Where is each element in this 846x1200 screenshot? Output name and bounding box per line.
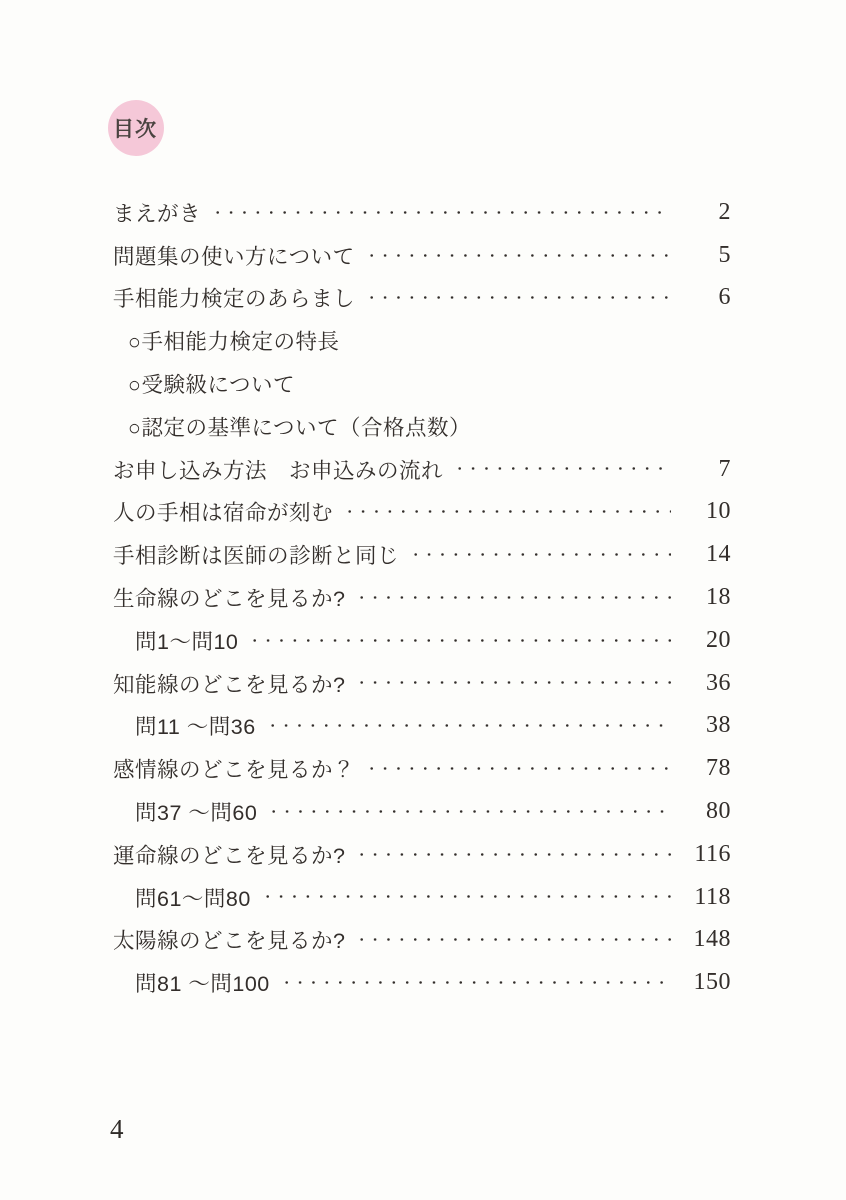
dot-leader (355, 919, 671, 962)
toc-entry-page-number: 7 (681, 456, 731, 483)
toc-entry-label: 太陽線のどこを見るか? (113, 924, 345, 955)
toc-entry-label: 手相能力検定のあらまし (113, 282, 355, 313)
toc-entry-page-number: 116 (681, 841, 731, 868)
toc-entry: 知能線のどこを見るか? 36 (113, 662, 731, 705)
toc-entry-label: 問61〜問80 (135, 882, 251, 913)
dot-leader (280, 961, 671, 1004)
toc-entry: お申し込み方法 お申込みの流れ 7 (113, 448, 731, 491)
toc-entry-page-number: 20 (681, 627, 731, 654)
toc-entry-page-number: 80 (681, 798, 731, 825)
dot-leader (248, 619, 671, 662)
toc-entry: まえがき 2 (113, 191, 731, 234)
dot-leader (355, 662, 671, 705)
toc-entry-label: 問11 〜問36 (135, 710, 256, 741)
toc-entry: 手相能力検定のあらまし 6 (113, 277, 731, 320)
dot-leader (343, 491, 671, 534)
toc-entry-label: 生命線のどこを見るか? (113, 582, 345, 613)
toc-entry-label: 問37 〜問60 (135, 796, 257, 827)
book-page: 目次 まえがき 2 問題集の使い方について 5 手相能力検定のあらまし 6 ○手… (0, 0, 846, 1200)
toc-entry: 手相診断は医師の診断と同じ 14 (113, 533, 731, 576)
dot-leader (211, 191, 671, 234)
toc-entry-page-number: 36 (681, 670, 731, 697)
dot-leader (266, 705, 671, 748)
toc-entry-page-number: 14 (681, 541, 731, 568)
toc-entry-page-number: 118 (681, 884, 731, 911)
dot-leader (365, 747, 671, 790)
dot-leader (355, 833, 671, 876)
toc-entry-label: 人の手相は宿命が刻む (113, 496, 333, 527)
toc-entry-page-number: 5 (681, 242, 731, 269)
toc-entry: 問37 〜問60 80 (113, 790, 731, 833)
toc-entry-label: ○認定の基準について（合格点数） (128, 411, 471, 442)
toc-entry-page-number: 10 (681, 498, 731, 525)
dot-leader (355, 576, 671, 619)
dot-leader (453, 448, 671, 491)
toc-entry-page-number: 6 (681, 284, 731, 311)
toc-entry: 問61〜問80 118 (113, 876, 731, 919)
toc-entry-label: 問題集の使い方について (113, 240, 355, 271)
dot-leader (261, 876, 671, 919)
dot-leader (365, 277, 671, 320)
toc-entry: 感情線のどこを見るか？ 78 (113, 747, 731, 790)
toc-entry-label: ○手相能力検定の特長 (128, 325, 340, 356)
toc-entry-label: お申し込み方法 お申込みの流れ (113, 454, 443, 485)
toc-entry-label: 運命線のどこを見るか? (113, 839, 345, 870)
toc-entry-label: 問1〜問10 (135, 625, 238, 656)
toc-list: まえがき 2 問題集の使い方について 5 手相能力検定のあらまし 6 ○手相能力… (113, 191, 731, 1004)
toc-entry: 生命線のどこを見るか? 18 (113, 576, 731, 619)
toc-entry: 運命線のどこを見るか? 116 (113, 833, 731, 876)
dot-leader (267, 790, 671, 833)
toc-entry: ○認定の基準について（合格点数） (113, 405, 731, 448)
dot-leader (409, 533, 671, 576)
toc-badge-label: 目次 (113, 113, 157, 143)
toc-entry: ○受験級について (113, 362, 731, 405)
toc-entry-page-number: 18 (681, 584, 731, 611)
toc-entry-label: 手相診断は医師の診断と同じ (113, 539, 399, 570)
toc-entry: 太陽線のどこを見るか? 148 (113, 919, 731, 962)
toc-entry: 問81 〜問100 150 (113, 961, 731, 1004)
toc-entry-label: 問81 〜問100 (135, 967, 270, 998)
toc-entry-page-number: 38 (681, 712, 731, 739)
toc-entry-label: まえがき (113, 197, 201, 228)
toc-entry: 問題集の使い方について 5 (113, 234, 731, 277)
toc-badge: 目次 (108, 100, 164, 156)
page-number: 4 (110, 1114, 124, 1145)
toc-entry: 問1〜問10 20 (113, 619, 731, 662)
toc-entry-page-number: 148 (681, 926, 731, 953)
toc-entry-page-number: 2 (681, 199, 731, 226)
toc-entry-page-number: 150 (681, 969, 731, 996)
toc-entry-label: ○受験級について (128, 368, 295, 399)
toc-entry-label: 感情線のどこを見るか？ (113, 753, 355, 784)
dot-leader (365, 234, 671, 277)
toc-entry-page-number: 78 (681, 755, 731, 782)
toc-entry-label: 知能線のどこを見るか? (113, 668, 345, 699)
toc-entry: 人の手相は宿命が刻む 10 (113, 491, 731, 534)
toc-entry: 問11 〜問36 38 (113, 705, 731, 748)
toc-entry: ○手相能力検定の特長 (113, 319, 731, 362)
